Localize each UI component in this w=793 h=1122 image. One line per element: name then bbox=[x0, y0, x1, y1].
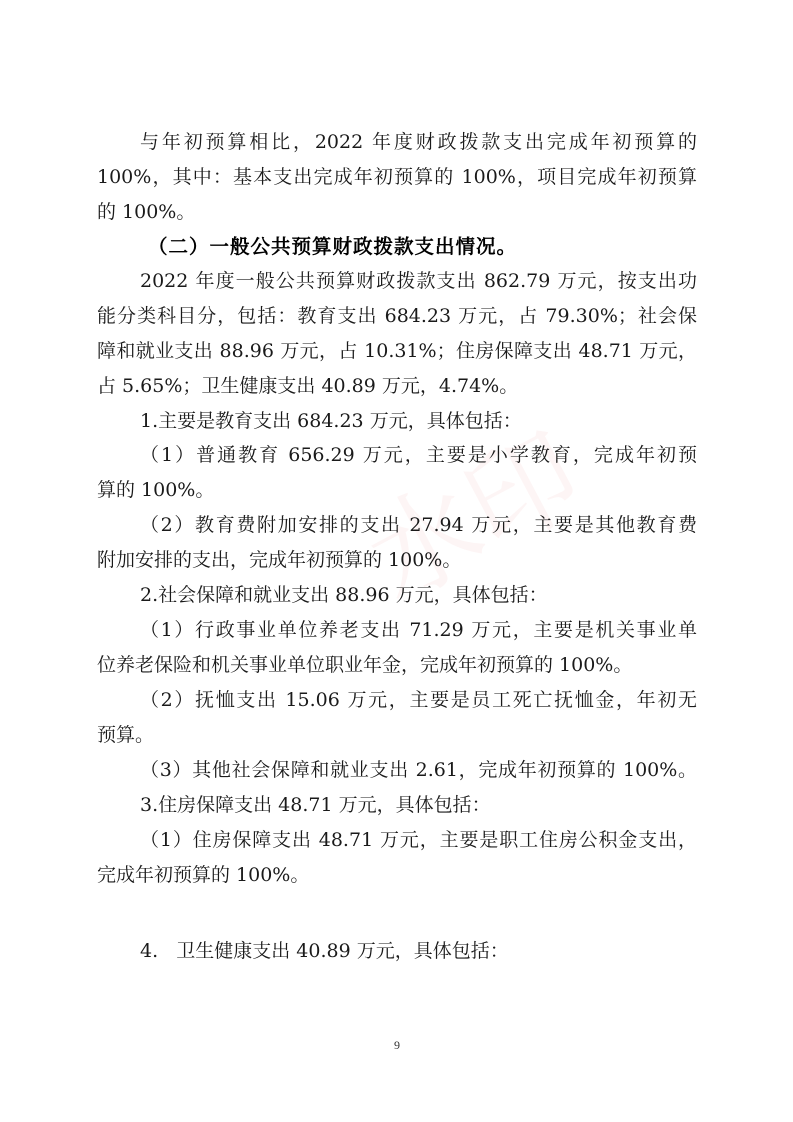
paragraph-line: 2022 年度一般公共预算财政拨款支出 862.79 万元，按支出功 bbox=[140, 264, 697, 299]
document-page: 水印 与年初预算相比，2022 年度财政拨款支出完成年初预算的 100%，其中：… bbox=[0, 0, 793, 1122]
list-item-line: 预算。 bbox=[97, 718, 697, 753]
paragraph-line: 障和就业支出 88.96 万元，占 10.31%；住房保障支出 48.71 万元… bbox=[97, 334, 697, 369]
list-item-line: 算的 100%。 bbox=[97, 473, 697, 508]
subsection-title: 3.住房保障支出 48.71 万元，具体包括： bbox=[140, 788, 697, 823]
list-item-line: 附加安排的支出，完成年初预算的 100%。 bbox=[97, 543, 697, 578]
list-item-line: （1）住房保障支出 48.71 万元，主要是职工住房公积金支出， bbox=[140, 823, 697, 858]
paragraph-line: 与年初预算相比，2022 年度财政拨款支出完成年初预算的 bbox=[140, 125, 697, 160]
subsection-title: 1.主要是教育支出 684.23 万元，具体包括： bbox=[140, 404, 697, 439]
list-item-line: （1）普通教育 656.29 万元，主要是小学教育，完成年初预 bbox=[140, 438, 697, 473]
subsection-title: 4. 卫生健康支出 40.89 万元，具体包括： bbox=[140, 934, 697, 969]
subsection-title: 2.社会保障和就业支出 88.96 万元，具体包括： bbox=[140, 578, 697, 613]
page-number: 9 bbox=[390, 1038, 404, 1053]
paragraph-line: 100%，其中：基本支出完成年初预算的 100%，项目完成年初预算 bbox=[97, 160, 697, 195]
list-item-line: （2）教育费附加安排的支出 27.94 万元，主要是其他教育费 bbox=[140, 508, 697, 543]
list-item-line: （2）抚恤支出 15.06 万元，主要是员工死亡抚恤金，年初无 bbox=[140, 683, 697, 718]
list-item-line: （3）其他社会保障和就业支出 2.61，完成年初预算的 100%。 bbox=[140, 753, 697, 788]
section-heading: （二）一般公共预算财政拨款支出情况。 bbox=[148, 229, 648, 264]
paragraph-line: 占 5.65%；卫生健康支出 40.89 万元，4.74%。 bbox=[97, 369, 697, 404]
list-item-line: （1）行政事业单位养老支出 71.29 万元，主要是机关事业单 bbox=[140, 613, 697, 648]
paragraph-line: 的 100%。 bbox=[97, 195, 697, 230]
paragraph-line: 能分类科目分，包括：教育支出 684.23 万元，占 79.30%；社会保 bbox=[97, 299, 697, 334]
list-item-line: 完成年初预算的 100%。 bbox=[97, 858, 697, 893]
list-item-line: 位养老保险和机关事业单位职业年金，完成年初预算的 100%。 bbox=[97, 648, 697, 683]
